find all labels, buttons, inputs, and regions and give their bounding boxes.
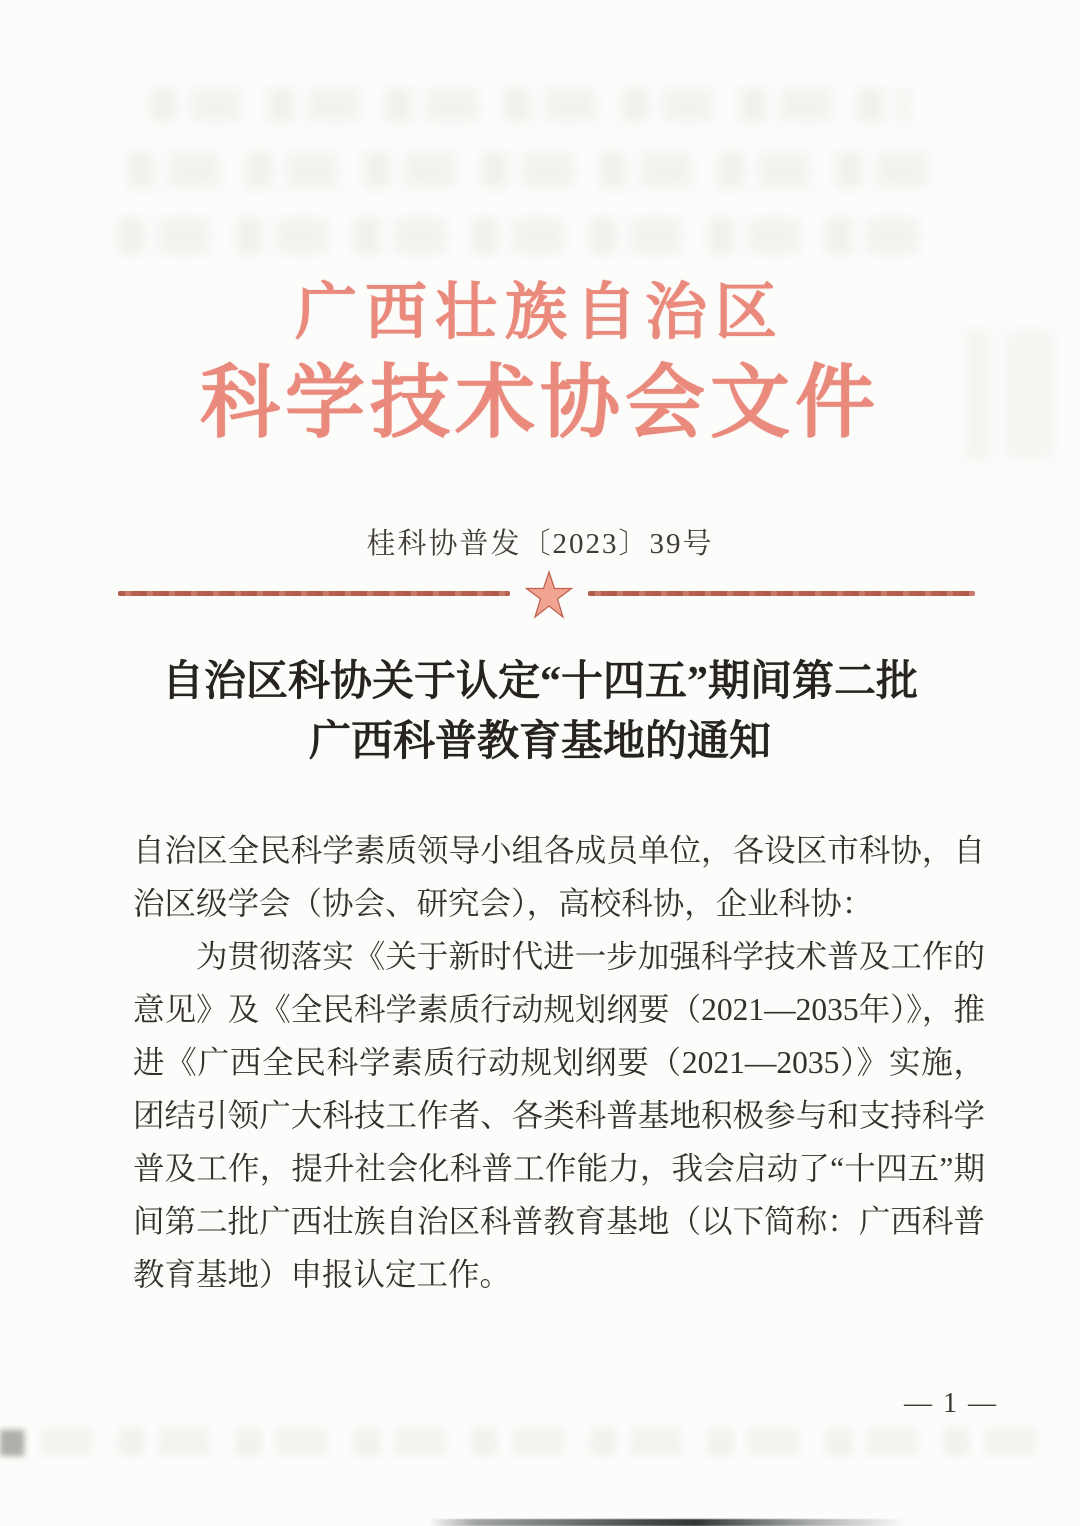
letterhead: 广西壮族自治区 科学技术协会文件 bbox=[0, 282, 1080, 444]
divider-line-left bbox=[118, 591, 510, 596]
page-number: — 1 — bbox=[896, 1388, 1006, 1420]
bleed-through-ghost bbox=[128, 152, 933, 188]
bleed-through-ghost bbox=[0, 1428, 1060, 1456]
document-body: 自治区全民科学素质领导小组各成员单位，各设区市科协，自治区级学会（协会、研究会）… bbox=[133, 824, 985, 1301]
letterhead-org-line2: 科学技术协会文件 bbox=[0, 364, 1080, 444]
scan-edge-artifact bbox=[428, 1519, 906, 1526]
body-paragraph-addressees: 自治区全民科学素质领导小组各成员单位，各设区市科协，自治区级学会（协会、研究会）… bbox=[133, 824, 985, 930]
body-paragraph-main: 为贯彻落实《关于新时代进一步加强科学技术普及工作的意见》及《全民科学素质行动规划… bbox=[133, 930, 985, 1301]
document-number: 桂科协普发〔2023〕39号 bbox=[0, 521, 1080, 562]
scanned-official-document-page: 广西壮族自治区 科学技术协会文件 桂科协普发〔2023〕39号 自治区科协关于认… bbox=[0, 0, 1080, 1526]
red-star-icon bbox=[521, 570, 577, 620]
bleed-through-ghost bbox=[150, 88, 910, 122]
letterhead-divider bbox=[0, 570, 1080, 620]
document-title-line2: 广西科普教育基地的通知 bbox=[0, 712, 1080, 772]
letterhead-org-line1: 广西壮族自治区 bbox=[0, 282, 1080, 344]
scan-edge-artifact bbox=[0, 1430, 24, 1456]
document-title: 自治区科协关于认定“十四五”期间第二批 广西科普教育基地的通知 bbox=[0, 652, 1080, 772]
document-title-line1: 自治区科协关于认定“十四五”期间第二批 bbox=[0, 652, 1080, 712]
divider-line-right bbox=[588, 591, 975, 596]
bleed-through-ghost bbox=[118, 218, 943, 254]
